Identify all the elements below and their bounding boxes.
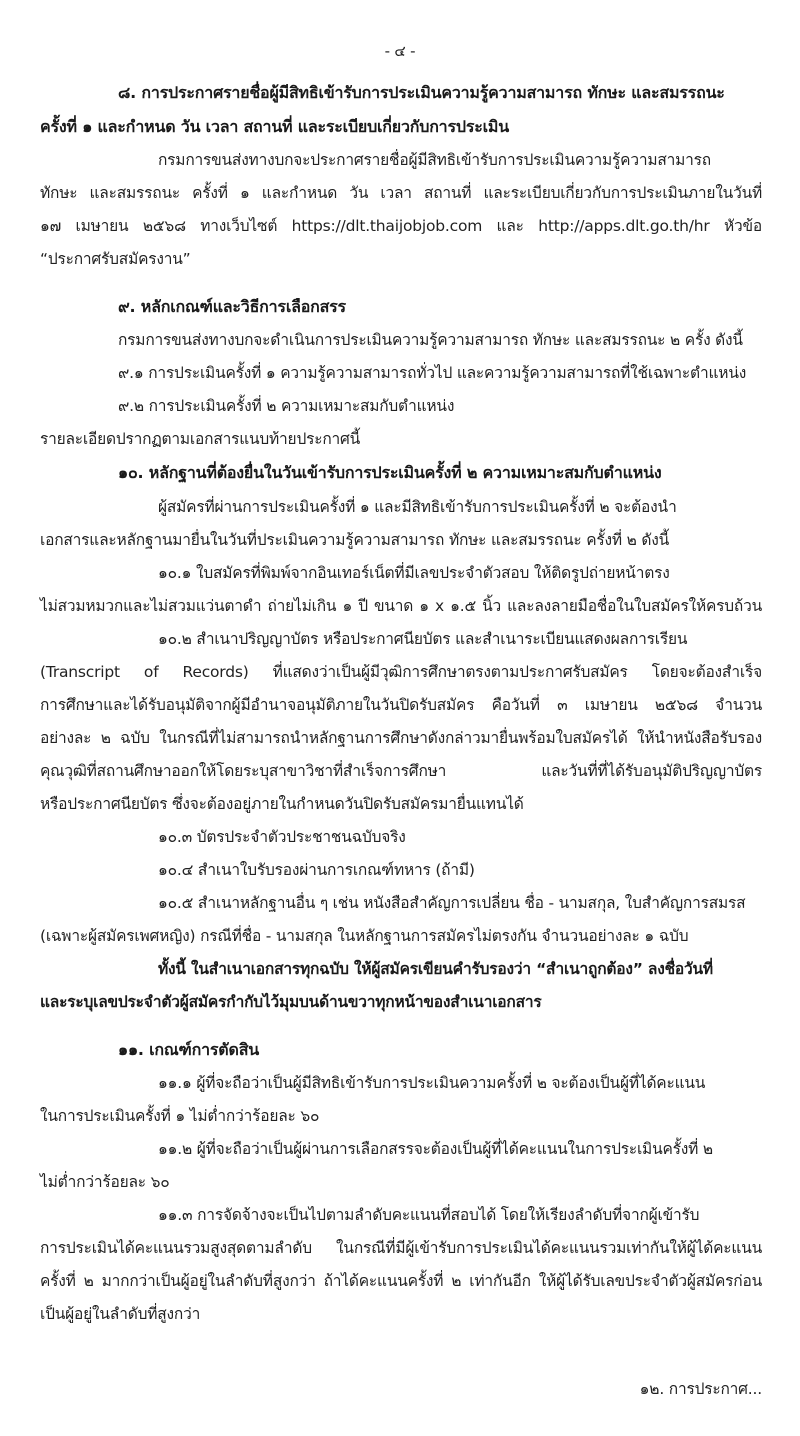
section-10-item-2-cont: อย่างละ ๒ ฉบับ ในกรณีที่ไม่สามารถนำหลักฐ… xyxy=(40,727,762,749)
section-9-item: ๙.๒ การประเมินครั้งที่ ๒ ความเหมาะสมกับต… xyxy=(118,395,454,417)
section-10-item-1-cont: ไม่สวมหมวกและไม่สวมแว่นตาดำ ถ่ายไม่เกิน … xyxy=(40,595,762,617)
section-8-body-line: ทักษะ และสมรรถนะ ครั้งที่ ๑ และกำหนด วัน… xyxy=(40,182,762,204)
section-8-heading-cont: ครั้งที่ ๑ และกำหนด วัน เวลา สถานที่ และ… xyxy=(40,116,509,138)
section-10-intro-line: ผู้สมัครที่ผ่านการประเมินครั้งที่ ๑ และม… xyxy=(158,496,677,518)
continuation-marker: ๑๒. การประกาศ... xyxy=(640,1378,762,1400)
section-10-item-2-cont: คุณวุฒิที่สถานศึกษาออกให้โดยระบุสาขาวิชา… xyxy=(40,760,762,782)
section-11-item-2: ๑๑.๒ ผู้ที่จะถือว่าเป็นผู้ผ่านการเลือกสร… xyxy=(158,1138,713,1160)
section-10-note-cont: และระบุเลขประจำตัวผู้สมัครกำกับไว้มุมบนด… xyxy=(40,991,541,1013)
section-8-heading: ๘. การประกาศรายชื่อผู้มีสิทธิเข้ารับการป… xyxy=(118,82,725,104)
section-10-item-2-cont: หรือประกาศนียบัตร ซึ่งจะต้องอยู่ภายในกำห… xyxy=(40,793,524,815)
section-11-item-3-cont: ครั้งที่ ๒ มากกว่าเป็นผู้อยู่ในลำดับที่ส… xyxy=(40,1270,762,1292)
document-page: - ๔ - ๘. การประกาศรายชื่อผู้มีสิทธิเข้าร… xyxy=(0,0,800,1436)
section-10-item-5-cont: (เฉพาะผู้สมัครเพศหญิง) กรณีที่ชื่อ - นาม… xyxy=(40,925,688,947)
section-11-item-3-cont: เป็นผู้อยู่ในลำดับที่สูงกว่า xyxy=(40,1303,200,1325)
section-10-item-1: ๑๐.๑ ใบสมัครที่พิมพ์จากอินเทอร์เน็ตที่มี… xyxy=(158,562,670,584)
section-10-intro-line: เอกสารและหลักฐานมายื่นในวันที่ประเมินควา… xyxy=(40,529,669,551)
section-10-item-5: ๑๐.๕ สำเนาหลักฐานอื่น ๆ เช่น หนังสือสำคั… xyxy=(158,892,745,914)
section-11-item-1-cont: ในการประเมินครั้งที่ ๑ ไม่ต่ำกว่าร้อยละ … xyxy=(40,1105,319,1127)
section-11-item-2-cont: ไม่ต่ำกว่าร้อยละ ๖๐ xyxy=(40,1171,170,1193)
section-10-item-2-cont: การศึกษาและได้รับอนุมัติจากผู้มีอำนาจอนุ… xyxy=(40,694,762,716)
section-9-item: ๙.๑ การประเมินครั้งที่ ๑ ความรู้ความสามา… xyxy=(118,362,746,384)
section-11-item-1: ๑๑.๑ ผู้ที่จะถือว่าเป็นผู้มีสิทธิเข้ารับ… xyxy=(158,1072,705,1094)
section-8-body-line: กรมการขนส่งทางบกจะประกาศรายชื่อผู้มีสิทธ… xyxy=(158,149,711,171)
section-9-body-line: รายละเอียดปรากฏตามเอกสารแนบท้ายประกาศนี้ xyxy=(40,428,360,450)
section-8-body-line: “ประกาศรับสมัครงาน” xyxy=(40,248,190,270)
section-9-heading: ๙. หลักเกณฑ์และวิธีการเลือกสรร xyxy=(118,296,346,318)
section-10-heading: ๑๐. หลักฐานที่ต้องยื่นในวันเข้ารับการประ… xyxy=(118,462,661,484)
section-10-item-2: ๑๐.๒ สำเนาปริญญาบัตร หรือประกาศนียบัตร แ… xyxy=(158,628,687,650)
section-11-heading: ๑๑. เกณฑ์การตัดสิน xyxy=(118,1039,259,1061)
section-9-body-line: กรมการขนส่งทางบกจะดำเนินการประเมินความรู… xyxy=(118,329,743,351)
section-10-item-4: ๑๐.๔ สำเนาใบรับรองผ่านการเกณฑ์ทหาร (ถ้าม… xyxy=(158,859,475,881)
section-11-item-3: ๑๑.๓ การจัดจ้างจะเป็นไปตามลำดับคะแนนที่ส… xyxy=(158,1204,699,1226)
section-11-item-3-cont: การประเมินได้คะแนนรวมสูงสุดตามลำดับ ในกร… xyxy=(40,1237,762,1259)
page-number: - ๔ - xyxy=(0,40,800,62)
section-8-body-line: ๑๗ เมษายน ๒๕๖๘ ทางเว็บไซต์ https://dlt.t… xyxy=(40,215,762,237)
section-10-item-3: ๑๐.๓ บัตรประจำตัวประชาชนฉบับจริง xyxy=(158,826,406,848)
section-10-note: ทั้งนี้ ในสำเนาเอกสารทุกฉบับ ให้ผู้สมัคร… xyxy=(158,958,713,980)
section-10-item-2-cont: (Transcript of Records) ที่แสดงว่าเป็นผู… xyxy=(40,661,762,683)
